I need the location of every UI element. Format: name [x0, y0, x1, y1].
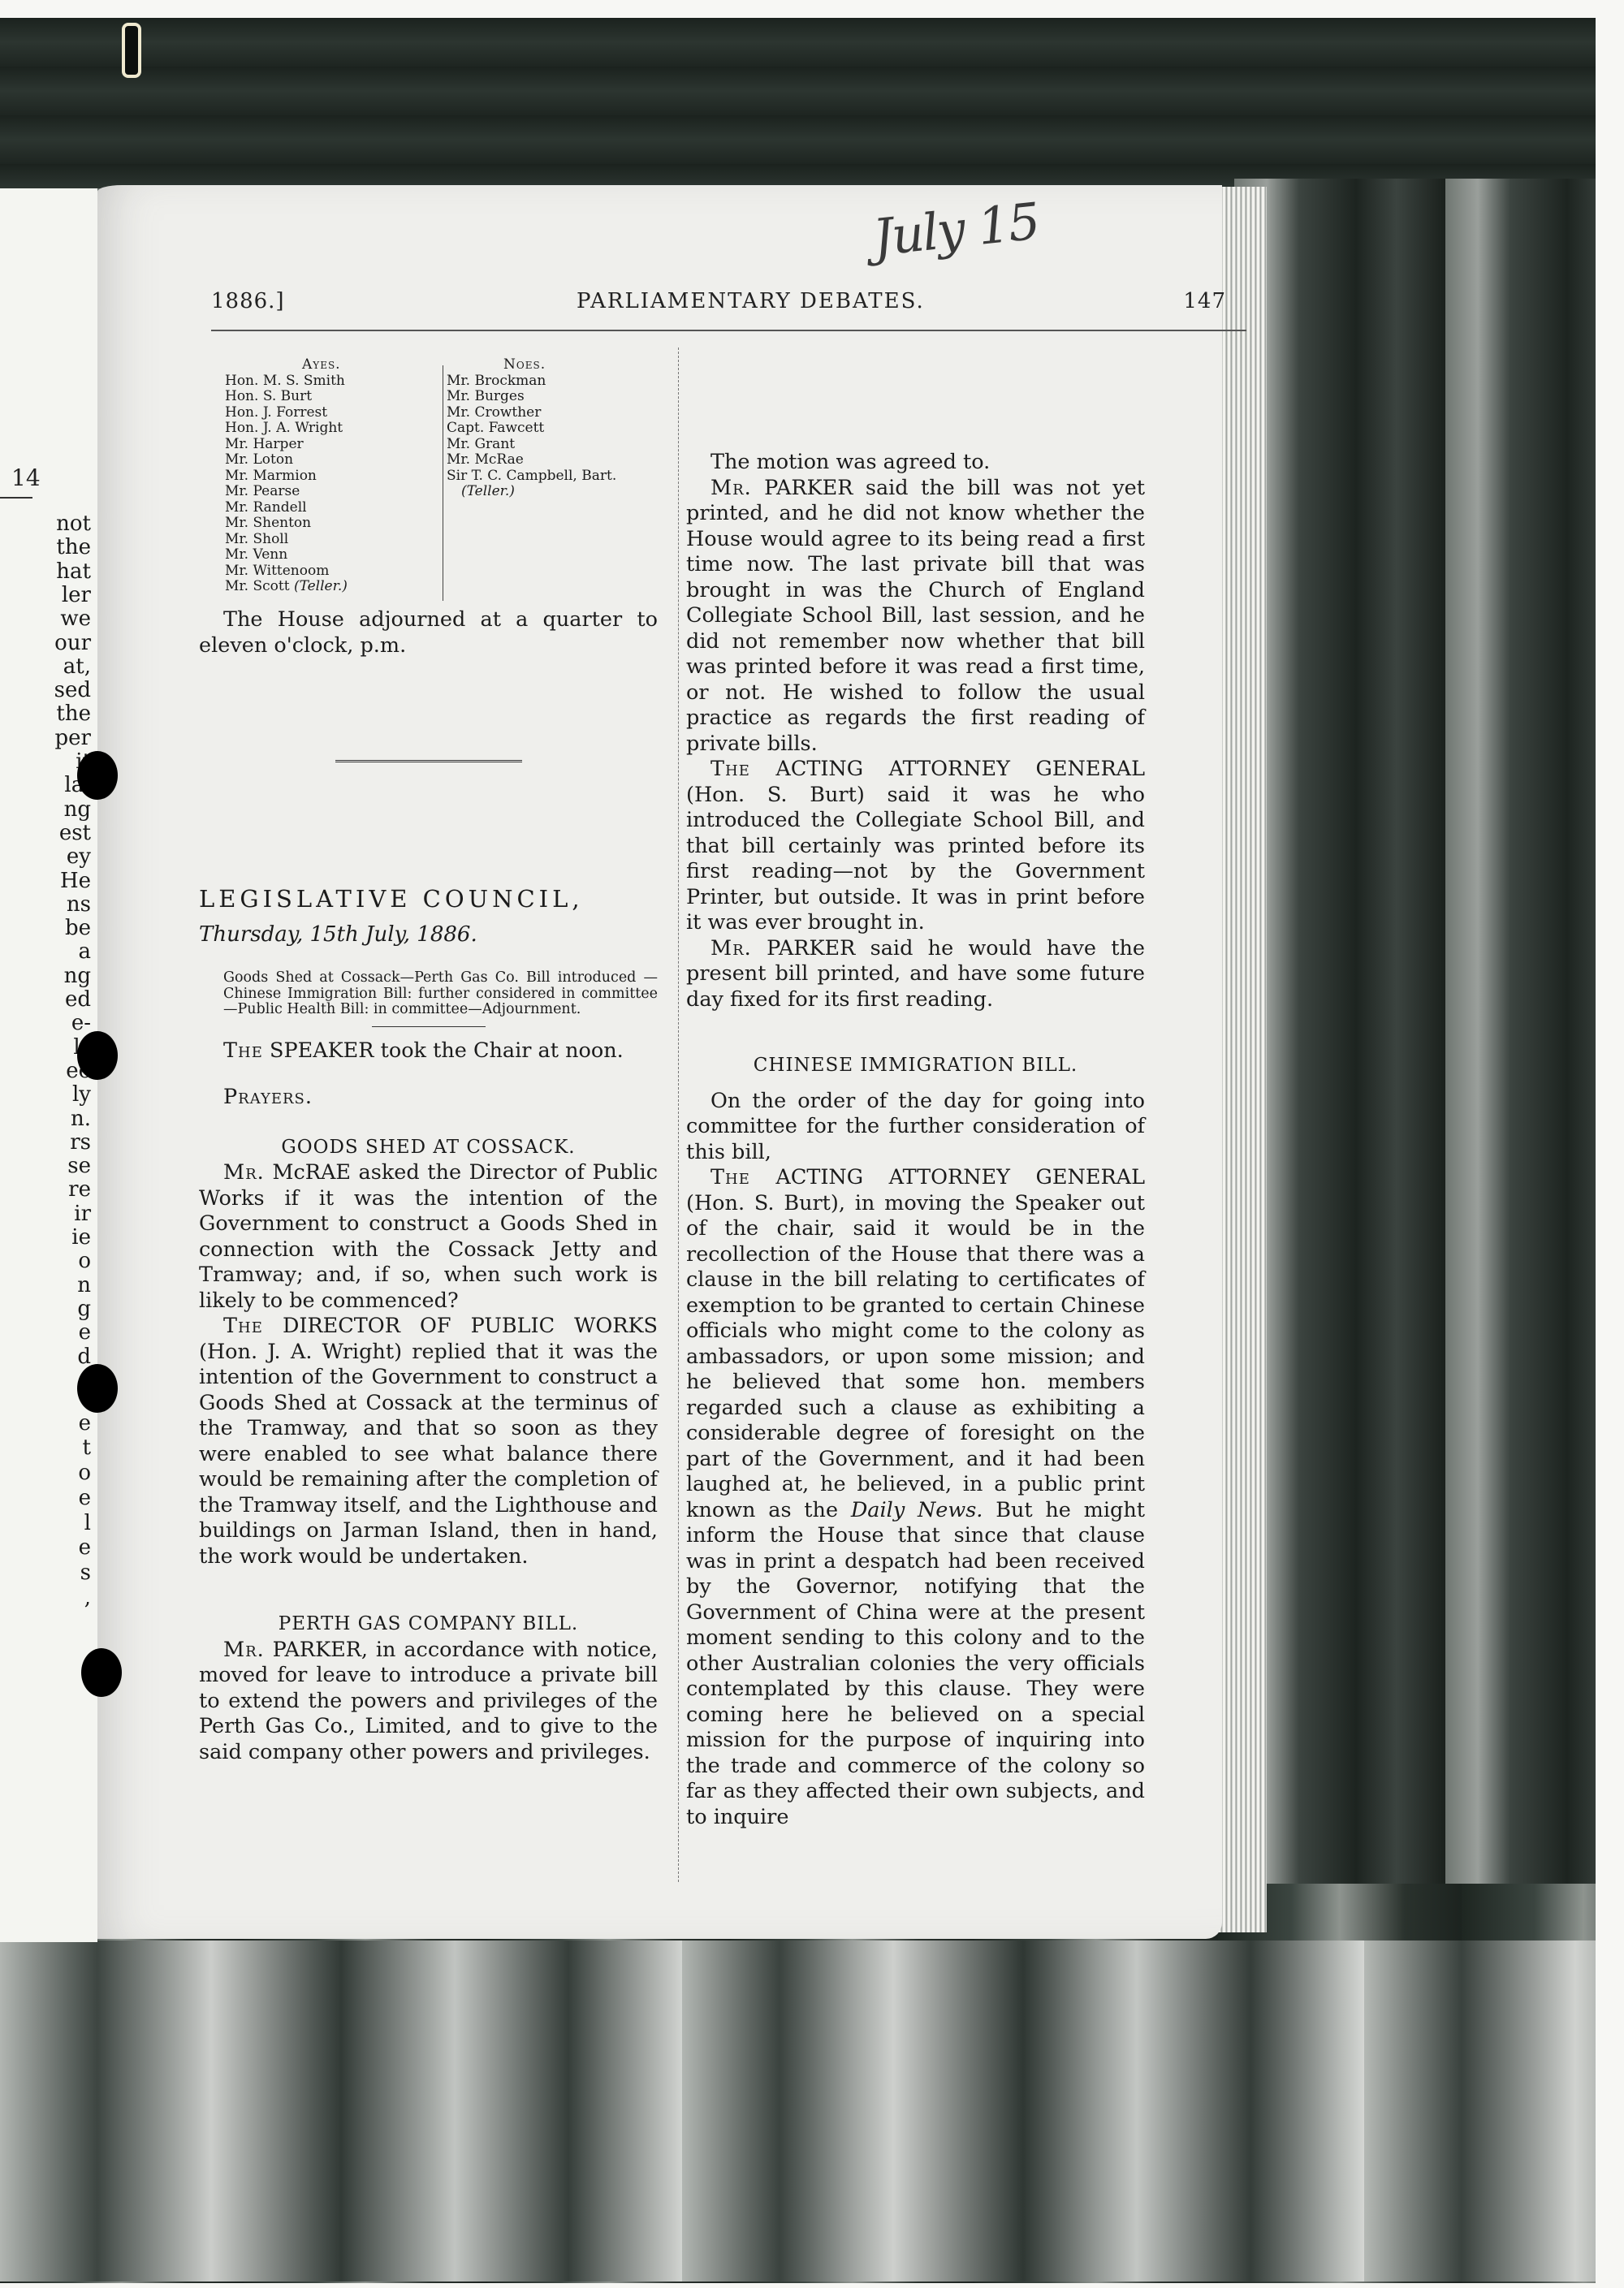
left-column: Ayes. Hon. M. S. SmithHon. S. BurtHon. J… [199, 348, 658, 1765]
left-page-line-end: re [68, 1179, 91, 1200]
motion-agreed: The motion was agreed to. [686, 450, 1145, 476]
left-page-line-end: ng [64, 799, 91, 820]
left-page-line-end: sed [54, 680, 91, 701]
ayes-names: Hon. M. S. SmithHon. S. BurtHon. J. Forr… [225, 373, 444, 595]
left-page-rule [0, 497, 32, 499]
division-member: Mr. Shenton [225, 516, 444, 532]
parker-reply: Mr. PARKER said he would have the presen… [686, 936, 1145, 1013]
chinese-immigration-heading: CHINESE IMMIGRATION BILL. [686, 1053, 1145, 1079]
division-member: Mr. Marmion [225, 468, 444, 485]
scanner-backdrop-bottom [0, 1940, 1596, 2282]
document-page: July 15 1886.] PARLIAMENTARY DEBATES. 14… [97, 185, 1222, 1939]
left-page-line-end: g [77, 1298, 91, 1319]
division-member: Mr. Sholl [225, 532, 444, 548]
left-page-line-end: o [78, 1250, 91, 1271]
adjournment-text: The House adjourned at a quarter to elev… [199, 607, 658, 658]
noes-names: Mr. BrockmanMr. BurgesMr. CrowtherCapt. … [447, 373, 674, 500]
left-page-line-end: l [84, 1513, 91, 1534]
running-head-year: 1886.] [211, 289, 285, 313]
left-page-line-end: ns [67, 894, 91, 915]
left-page-line-end: not [56, 513, 91, 534]
left-page-line-end: e [79, 1322, 91, 1343]
left-page-line-end: e [79, 1413, 91, 1434]
division-member: Mr. Pearse [225, 484, 444, 500]
left-page-line-end: ie [71, 1227, 91, 1248]
left-page-line-end: ler [62, 585, 91, 606]
division-member: Mr. McRae [447, 452, 674, 468]
newspaper-title: Daily News. [851, 1498, 983, 1522]
division-member: Mr. Harper [225, 437, 444, 453]
division-member: Mr. Venn [225, 547, 444, 563]
handwritten-date-note: July 15 [870, 192, 1042, 268]
left-page-line-end: per [55, 727, 91, 749]
sitting-summary: Goods Shed at Cossack—Perth Gas Co. Bill… [199, 970, 658, 1018]
left-page-line-end: ed [65, 989, 91, 1010]
column-divider [678, 348, 679, 1882]
division-member: Hon. S. Burt [225, 389, 444, 405]
left-page-line-end: e [79, 1487, 91, 1509]
left-page-line-end: hat [56, 561, 91, 582]
left-page-line-end: o [78, 1462, 91, 1483]
punch-hole-icon [81, 1648, 122, 1697]
division-list: Ayes. Hon. M. S. SmithHon. S. BurtHon. J… [199, 348, 658, 591]
speaker-paragraph: The SPEAKER took the Chair at noon. [199, 1038, 658, 1064]
attorney-general-remarks: The ACTING ATTORNEY GENERAL (Hon. S. Bur… [686, 757, 1145, 936]
council-date: Thursday, 15th July, 1886. [199, 922, 658, 948]
left-page-line-end: d [77, 1346, 91, 1367]
left-page-number: 14 [11, 464, 41, 491]
left-page-line-end: s [80, 1562, 91, 1583]
right-column: The motion was agreed to. Mr. PARKER sai… [686, 348, 1145, 1830]
left-page-line-end: ly [72, 1084, 91, 1105]
left-page-line-end: t [83, 1437, 91, 1458]
punch-hole-icon [77, 751, 118, 800]
left-page-line-end: est [59, 822, 91, 844]
left-page-line-end: rs [70, 1132, 91, 1153]
division-member: Mr. Burges [447, 389, 674, 405]
left-page-line-end: be [65, 917, 91, 939]
division-member: Capt. Fawcett [447, 421, 674, 437]
division-member: Hon. J. A. Wright [225, 421, 444, 437]
scanner-backdrop-right [1234, 179, 1596, 1884]
punch-hole-icon [77, 1031, 118, 1080]
perth-gas-heading: PERTH GAS COMPANY BILL. [199, 1612, 658, 1638]
header-rule [211, 330, 1246, 331]
division-member: Mr. Randell [225, 500, 444, 516]
division-member: Mr. Scott (Teller.) [225, 579, 444, 595]
left-page-line-end: He [60, 870, 91, 891]
left-page-line-end: , [84, 1587, 91, 1608]
left-page-line-end: ey [67, 846, 91, 867]
ayes-heading: Ayes. [302, 357, 444, 373]
parker-remarks: Mr. PARKER said the bill was not yet pri… [686, 476, 1145, 758]
left-page-line-end: e [79, 1537, 91, 1558]
division-member: (Teller.) [447, 484, 674, 500]
left-page-line-end: at, [63, 656, 91, 677]
goods-shed-heading: GOODS SHED AT COSSACK. [199, 1135, 658, 1161]
left-page-line-end: the [56, 703, 91, 724]
division-member: Mr. Brockman [447, 373, 674, 390]
binding-tag-icon [122, 23, 141, 78]
division-member: Mr. Loton [225, 452, 444, 468]
division-member: Mr. Grant [447, 437, 674, 453]
scanner-backdrop-top [0, 18, 1596, 188]
left-page-line-end: ng [64, 965, 91, 986]
left-page-line-end: we [60, 608, 91, 629]
council-title: LEGISLATIVE COUNCIL, [199, 887, 658, 913]
division-member: Sir T. C. Campbell, Bart. [447, 468, 674, 485]
left-page-line-end: e- [71, 1012, 91, 1034]
page-number: 147 [1183, 289, 1226, 313]
attorney-general-speech: The ACTING ATTORNEY GENERAL (Hon. S. Bur… [686, 1165, 1145, 1830]
running-head-title: PARLIAMENTARY DEBATES. [577, 289, 925, 313]
left-page-line-end: a [78, 941, 91, 962]
left-page-line-end: our [54, 632, 91, 654]
noes-list: Noes. Mr. BrockmanMr. BurgesMr. Crowther… [447, 357, 674, 500]
division-divider [443, 365, 443, 601]
division-member: Hon. M. S. Smith [225, 373, 444, 390]
left-page-line-end: ir [74, 1203, 91, 1224]
goods-shed-reply: The DIRECTOR OF PUBLIC WORKS (Hon. J. A.… [199, 1314, 658, 1569]
division-member: Mr. Wittenoom [225, 563, 444, 580]
running-head: 1886.] PARLIAMENTARY DEBATES. 147 [211, 289, 1259, 322]
goods-shed-question: Mr. McRAE asked the Director of Public W… [199, 1160, 658, 1314]
punch-hole-icon [77, 1364, 118, 1413]
left-page-line-end: the [56, 537, 91, 558]
prayers-heading: Prayers. [199, 1085, 658, 1111]
noes-heading: Noes. [503, 357, 674, 373]
page-edges-stack [1218, 187, 1267, 1932]
perth-gas-motion: Mr. PARKER, in accordance with notice, m… [199, 1638, 658, 1766]
ayes-list: Ayes. Hon. M. S. SmithHon. S. BurtHon. J… [225, 357, 444, 595]
left-page-line-end: n [77, 1275, 91, 1296]
division-member: Mr. Crowther [447, 405, 674, 421]
left-page-line-end: n. [71, 1108, 91, 1129]
division-member: Hon. J. Forrest [225, 405, 444, 421]
order-of-day: On the order of the day for going into c… [686, 1089, 1145, 1166]
left-page-line-end: se [67, 1155, 91, 1176]
